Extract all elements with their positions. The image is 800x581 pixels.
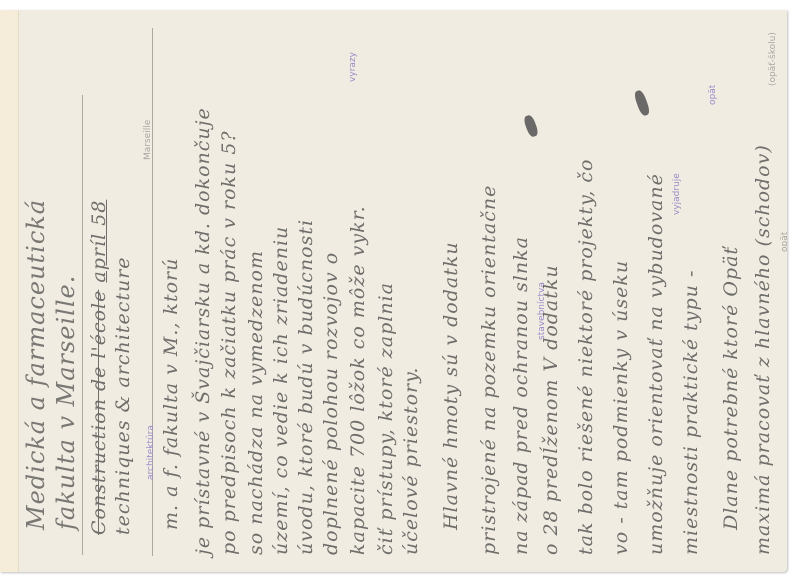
body-line: m. a f. fakulta v M., ktorú xyxy=(160,258,182,530)
subtitle-date: apríl 58 xyxy=(88,200,110,283)
subtitle-line-2: techniques & architecture xyxy=(112,256,134,535)
title-line-1: Medická a farmaceutická xyxy=(22,199,50,530)
annotation-skoly: (opäť-školu) xyxy=(768,32,778,86)
body-line: čiť prístupy, ktoré zaplnia xyxy=(375,282,397,555)
body-line: účelové priestory. xyxy=(400,367,422,555)
body-line: miestnosti praktické typu - xyxy=(680,270,702,555)
body-line: úvodu, ktoré budú v budúcnosti xyxy=(295,219,317,555)
body-line: Hlavné hmoty sú v dodatku xyxy=(440,241,462,530)
annotation-vyrazy: vyrazy xyxy=(348,52,358,82)
page-fold-strip xyxy=(0,10,19,572)
manuscript-page: Medická a farmaceutická fakulta v Marsei… xyxy=(0,10,787,572)
annotation-opat-2: opät xyxy=(780,232,787,252)
annotation-marseille: Marseille xyxy=(143,120,153,160)
body-line: tak bolo riešené niektoré projekty, čo xyxy=(575,159,597,555)
body-line: so nachádza na vymedzenom xyxy=(245,250,267,555)
body-line: území, co vedie k ich zriadeniu xyxy=(270,226,292,555)
body-line: kapacite 700 lôžok co môže vykr. xyxy=(347,205,369,555)
annotation-vyjadruje: vyjadruje xyxy=(672,173,682,215)
body-line: doplnené polohou rozvojov o xyxy=(320,252,342,555)
body-line: na západ pred ochranou slnka xyxy=(510,236,532,555)
body-line: Dlane potrebné ktoré Opäť xyxy=(720,246,742,530)
body-line: vo - tam podmienky v úseku xyxy=(610,260,632,555)
ruled-line-left xyxy=(82,95,83,555)
subtitle-line-1: Construction de l'école apríl 58 xyxy=(88,200,110,535)
subtitle-struck: Construction de l'école xyxy=(88,290,110,535)
body-line: pristrojené na pozemku orientačne xyxy=(478,185,500,555)
body-line: o 28 predĺženom V dodatku xyxy=(540,264,562,555)
pencil-smudge xyxy=(523,114,540,138)
annotation-opat-1: opät xyxy=(708,85,718,105)
body-line: je prístavné v Švajčiarsku a kd. dokonču… xyxy=(192,107,214,555)
body-line: maximá pracovať z hlavného (schodov) xyxy=(752,144,774,555)
body-line: po predpisoch k začiatku prác v roku 5? xyxy=(218,130,240,555)
title-line-2: fakulta v Marseille. xyxy=(52,275,80,530)
annotation-architektura: architektúra xyxy=(146,425,156,480)
pencil-smudge xyxy=(633,89,651,117)
body-line: umožňuje orientovať na vybudované xyxy=(645,173,667,555)
